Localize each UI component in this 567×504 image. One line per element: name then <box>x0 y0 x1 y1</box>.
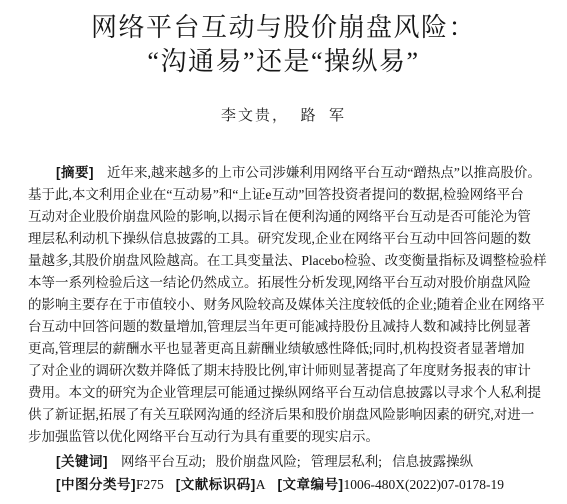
abstract-text-line: 供了新证据,拓展了有关互联网沟通的经济后果和股价崩盘风险影响因素的研究,对进一 <box>28 404 541 426</box>
clc-label: [中图分类号] <box>56 477 136 492</box>
keywords-text: 网络平台互动; 股价崩盘风险; 管理层私利; 信息披露操纵 <box>121 454 473 469</box>
keywords-line: [关键词]网络平台互动; 股价崩盘风险; 管理层私利; 信息披露操纵 <box>28 451 541 473</box>
article-id-segment: [文章编号]1006-480X(2022)07-0178-19 <box>278 477 504 492</box>
doc-code-value: A <box>256 477 266 492</box>
abstract-text-line: 了对企业的调研次数并降低了期末持股比例,审计师则显著提高了年度财务报表的审计 <box>28 360 541 382</box>
classification-line: [中图分类号]F275[文献标识码]A[文章编号]1006-480X(2022)… <box>28 474 541 496</box>
clc-segment: [中图分类号]F275 <box>56 477 164 492</box>
abstract-text-line: 互动对企业股价崩盘风险的影响,以揭示旨在便利沟通的网络平台互动是否可能沦为管 <box>28 206 541 228</box>
abstract-text-line: 步加强监管以优化网络平台互动行为具有重要的现实启示。 <box>28 426 541 448</box>
abstract-text-line: 的影响主要存在于市值较小、财务风险较高及媒体关注度较低的企业;随着企业在网络平 <box>28 294 541 316</box>
paper-title: 网络平台互动与股价崩盘风险： “沟通易”还是“操纵易” <box>0 0 567 79</box>
abstract-text-line: 近年来,越来越多的上市公司涉嫌利用网络平台互动“蹭热点”以推高股价。 <box>107 165 541 180</box>
abstract-section: [摘要]近年来,越来越多的上市公司涉嫌利用网络平台互动“蹭热点”以推高股价。 基… <box>28 162 541 496</box>
doc-code-label: [文献标识码] <box>176 477 256 492</box>
paper-page: 网络平台互动与股价崩盘风险： “沟通易”还是“操纵易” 李文贵， 路 军 [摘要… <box>0 0 567 504</box>
abstract-text-line: 量越多,其股价崩盘风险越高。在工具变量法、Placebo检验、改变衡量指标及调整… <box>28 250 541 272</box>
authors: 李文贵， 路 军 <box>0 107 567 125</box>
doc-code-segment: [文献标识码]A <box>176 477 266 492</box>
paper-title-line1: 网络平台互动与股价崩盘风险： <box>0 11 567 45</box>
abstract-text-line: 基于此,本文利用企业在“互动易”和“上证e互动”回答投资者提问的数据,检验网络平… <box>28 184 541 206</box>
clc-value: F275 <box>136 477 164 492</box>
abstract-text-line: 理层私利动机下操纵信息披露的工具。研究发现,企业在网络平台互动中回答问题的数 <box>28 228 541 250</box>
keywords-label: [关键词] <box>56 454 108 469</box>
abstract-text-line: 本等一系列检验后这一结论仍然成立。拓展性分析发现,网络平台互动对股价崩盘风险 <box>28 272 541 294</box>
paper-title-line2: “沟通易”还是“操纵易” <box>0 45 567 79</box>
article-id-label: [文章编号] <box>278 477 344 492</box>
abstract-text-line: 费用。本文的研究为企业管理层可能通过操纵网络平台互动信息披露以寻求个人私利提 <box>28 382 541 404</box>
article-id-value: 1006-480X(2022)07-0178-19 <box>344 477 504 492</box>
abstract-label: [摘要] <box>56 165 94 180</box>
abstract-text-line: 台互动中回答问题的数量增加,管理层当年更可能减持股份且减持人数和减持比例显著 <box>28 316 541 338</box>
abstract-text-line: 更高,管理层的薪酬水平也显著更高且薪酬业绩敏感性降低;同时,机构投资者显著增加 <box>28 338 541 360</box>
abstract-first-line: [摘要]近年来,越来越多的上市公司涉嫌利用网络平台互动“蹭热点”以推高股价。 <box>28 162 541 184</box>
